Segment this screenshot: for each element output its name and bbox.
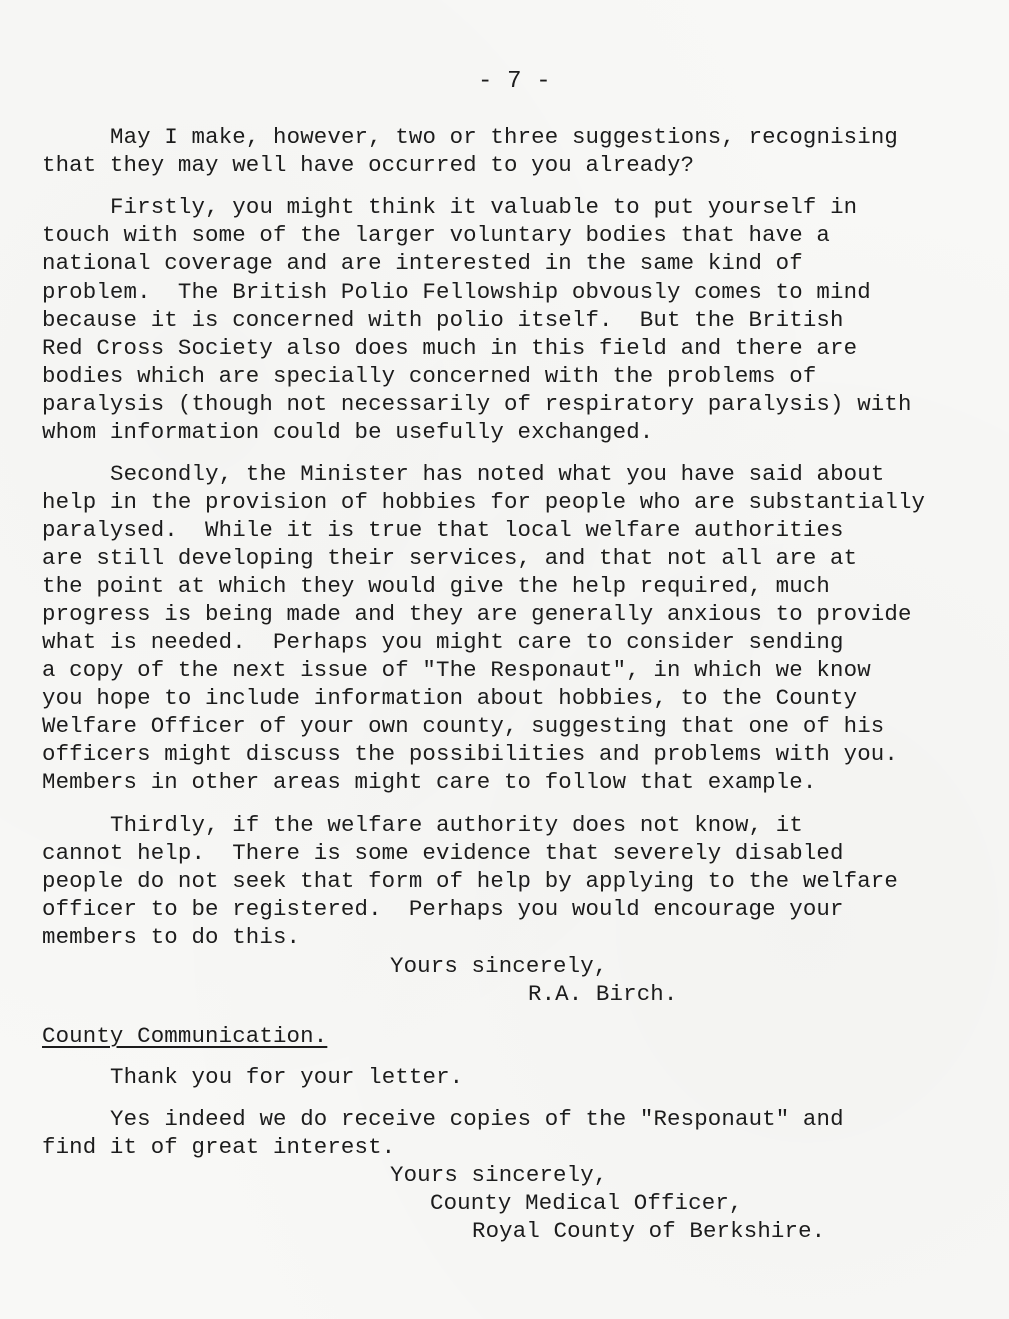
text-line: Thirdly, if the welfare authority does n… bbox=[110, 811, 803, 839]
text-line: a copy of the next issue of "The Respona… bbox=[42, 656, 871, 684]
salutation: Yours sincerely, bbox=[390, 1161, 607, 1189]
text-line: Red Cross Society also does much in this… bbox=[42, 334, 857, 362]
text-line: officers might discuss the possibilities… bbox=[42, 740, 898, 768]
text-line: Yes indeed we do receive copies of the "… bbox=[110, 1105, 844, 1133]
text-line: what is needed. Perhaps you might care t… bbox=[42, 628, 844, 656]
text-line: progress is being made and they are gene… bbox=[42, 600, 912, 628]
text-line: whom information could be usefully excha… bbox=[42, 418, 653, 446]
text-line: problem. The British Polio Fellowship ob… bbox=[42, 278, 871, 306]
text-line: help in the provision of hobbies for peo… bbox=[42, 488, 925, 516]
text-line: cannot help. There is some evidence that… bbox=[42, 839, 844, 867]
text-line: bodies which are specially concerned wit… bbox=[42, 362, 816, 390]
section-heading: County Communication. bbox=[42, 1022, 327, 1050]
text-line: Welfare Officer of your own county, sugg… bbox=[42, 712, 884, 740]
salutation: Yours sincerely, bbox=[390, 952, 607, 980]
text-line: you hope to include information about ho… bbox=[42, 684, 857, 712]
text-line: people do not seek that form of help by … bbox=[42, 867, 898, 895]
text-line: members to do this. bbox=[42, 923, 300, 951]
text-line: because it is concerned with polio itsel… bbox=[42, 306, 844, 334]
text-line: are still developing their services, and… bbox=[42, 544, 857, 572]
text-line: the point at which they would give the h… bbox=[42, 572, 830, 600]
signature-organisation: Royal County of Berkshire. bbox=[472, 1217, 825, 1245]
text-line: paralysed. While it is true that local w… bbox=[42, 516, 844, 544]
text-line: Secondly, the Minister has noted what yo… bbox=[110, 460, 884, 488]
signature-title: County Medical Officer, bbox=[430, 1189, 743, 1217]
text-line: find it of great interest. bbox=[42, 1133, 395, 1161]
document-page: - 7 - May I make, however, two or three … bbox=[0, 0, 1009, 1319]
text-line: May I make, however, two or three sugges… bbox=[110, 123, 898, 151]
text-line: officer to be registered. Perhaps you wo… bbox=[42, 895, 844, 923]
page-number: - 7 - bbox=[478, 68, 551, 96]
text-line: national coverage and are interested in … bbox=[42, 249, 803, 277]
text-line: that they may well have occurred to you … bbox=[42, 151, 694, 179]
text-line: Members in other areas might care to fol… bbox=[42, 768, 816, 796]
text-line: paralysis (though not necessarily of res… bbox=[42, 390, 912, 418]
text-line: touch with some of the larger voluntary … bbox=[42, 221, 830, 249]
signature: R.A. Birch. bbox=[528, 980, 677, 1008]
text-line: Thank you for your letter. bbox=[110, 1063, 463, 1091]
text-line: Firstly, you might think it valuable to … bbox=[110, 193, 857, 221]
